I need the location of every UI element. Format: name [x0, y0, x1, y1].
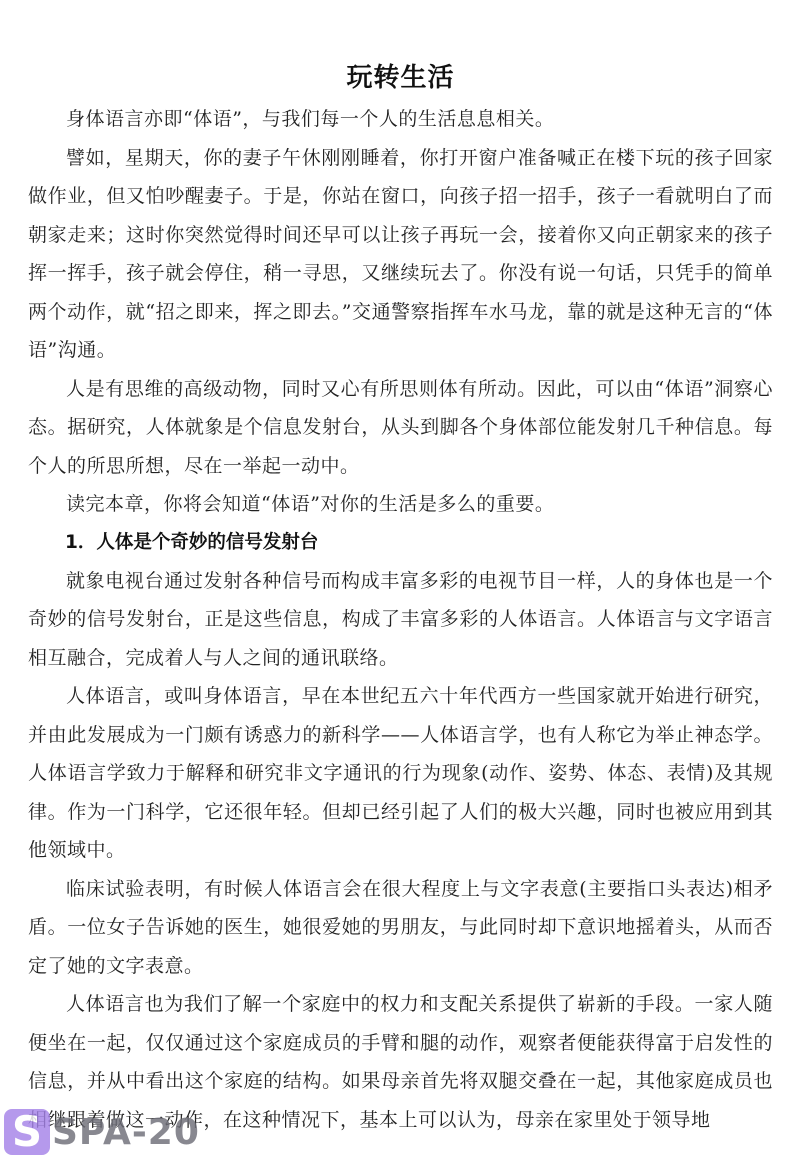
section-heading: 1．人体是个奇妙的信号发射台 — [28, 524, 773, 562]
watermark-text: SPA-20 — [52, 1112, 200, 1153]
watermark: S SPA-20 — [4, 1110, 200, 1154]
paragraph-clinical-test: 临床试验表明，有时候人体语言会在很大程度上与文字表意(主要指口头表达)相矛盾。一… — [28, 870, 773, 986]
paragraph-chapter-note: 读完本章，你将会知道“体语”对你的生活是多么的重要。 — [28, 485, 773, 524]
paragraph-body-language-science: 人体语言，或叫身体语言，早在本世纪五六十年代西方一些国家就开始进行研究，并由此发… — [28, 677, 773, 870]
paragraph-signal-station: 就象电视台通过发射各种信号而构成丰富多彩的电视节目一样，人的身体也是一个奇妙的信… — [28, 562, 773, 678]
paragraph-example: 譬如，星期天，你的妻子午休刚刚睡着，你打开窗户准备喊正在楼下玩的孩子回家做作业，… — [28, 139, 773, 370]
document-page: 玩转生活 身体语言亦即“体语”，与我们每一个人的生活息息相关。 譬如，星期天，你… — [28, 58, 773, 1139]
paragraph-intro: 身体语言亦即“体语”，与我们每一个人的生活息息相关。 — [28, 100, 773, 139]
watermark-logo-icon: S — [4, 1109, 50, 1155]
document-title: 玩转生活 — [28, 58, 773, 98]
paragraph-thinking: 人是有思维的高级动物，同时又心有所思则体有所动。因此，可以由“体语”洞察心态。据… — [28, 370, 773, 486]
